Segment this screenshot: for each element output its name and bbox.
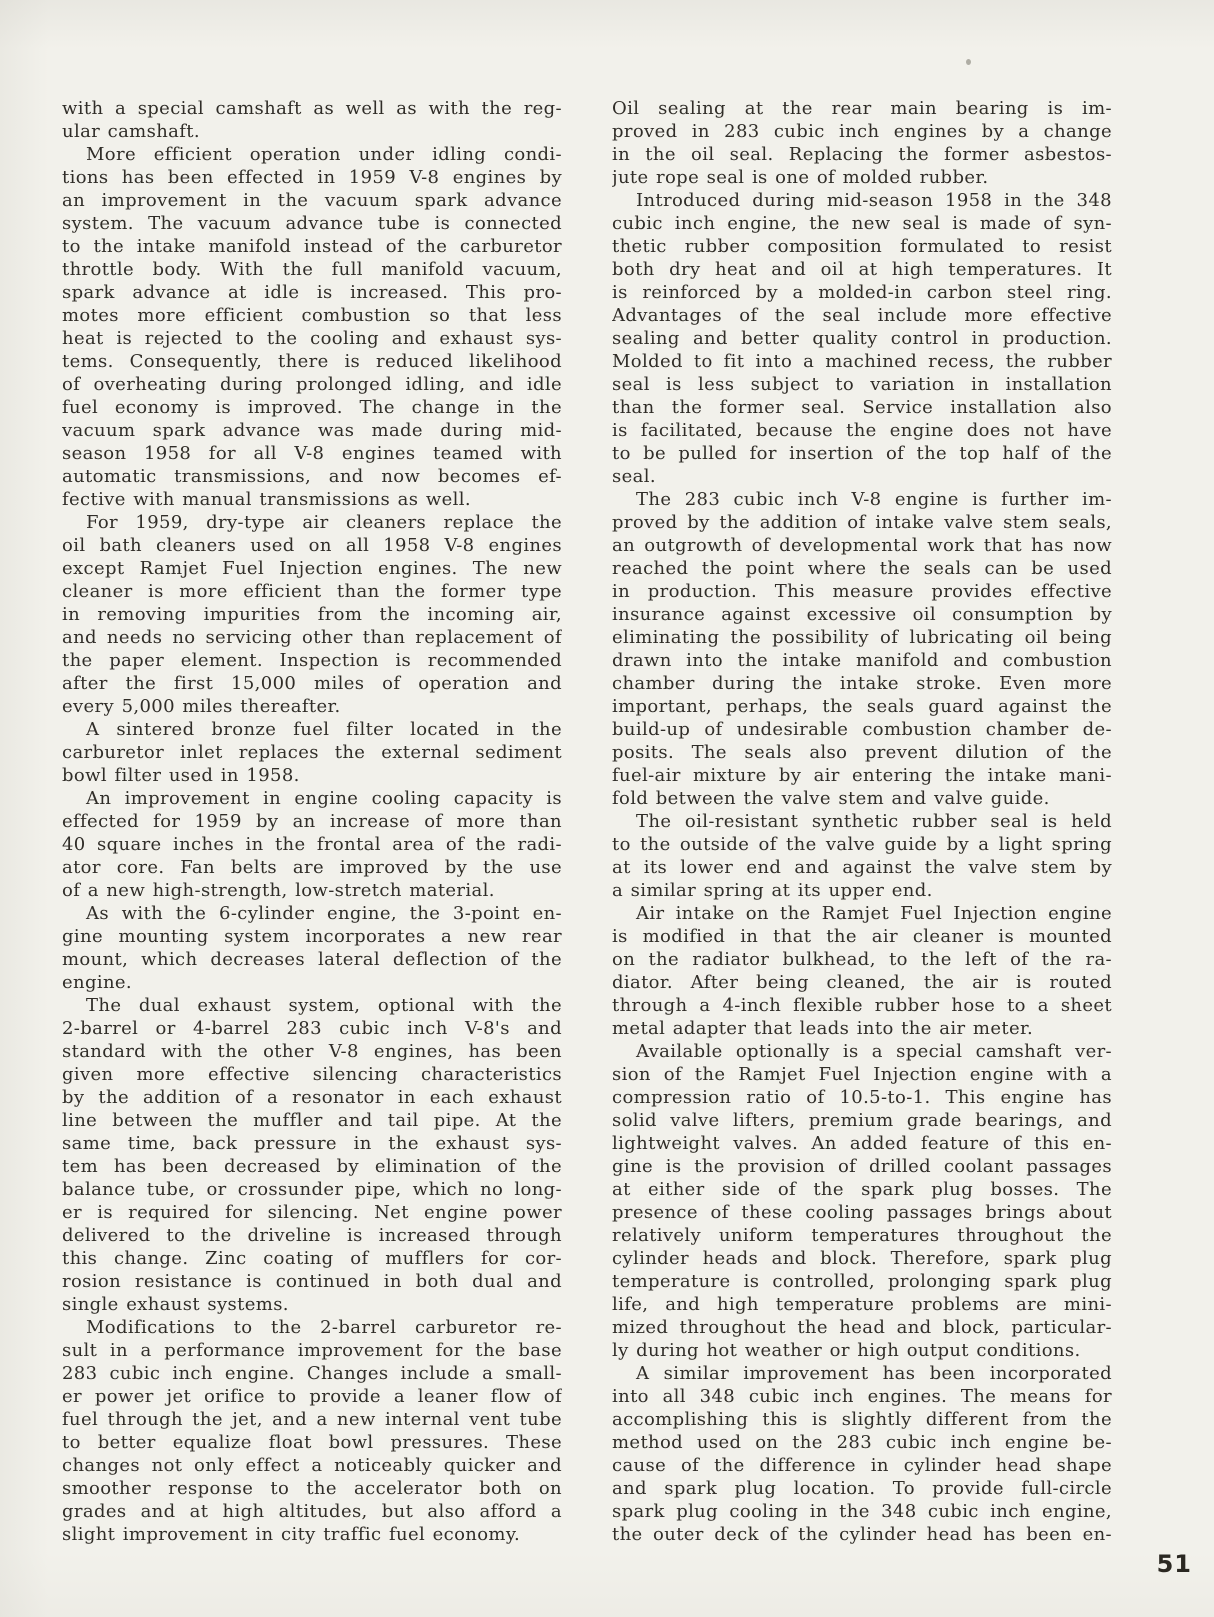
text-line: An improvement in engine cooling capacit… [62,787,562,810]
text-line: drawn into the intake manifold and combu… [612,649,1112,672]
text-line: The 283 cubic inch V-8 engine is further… [612,488,1112,511]
text-line: Introduced during mid-season 1958 in the… [612,189,1112,212]
paragraph: The dual exhaust system, optional with t… [62,994,562,1316]
text-line: single exhaust systems. [62,1293,562,1316]
text-line: ly during hot weather or high output con… [612,1339,1112,1362]
text-line: and needs no servicing other than replac… [62,626,562,649]
text-line: The oil-resistant synthetic rubber seal … [612,810,1112,833]
text-line: with a special camshaft as well as with … [62,97,562,120]
text-line: line between the muffler and tail pipe. … [62,1109,562,1132]
text-line: cylinder heads and block. Therefore, spa… [612,1247,1112,1270]
text-line: Molded to fit into a machined recess, th… [612,350,1112,373]
text-line: grades and at high altitudes, but also a… [62,1500,562,1523]
text-line: bowl filter used in 1958. [62,764,562,787]
text-line: A similar improvement has been incorpora… [612,1362,1112,1385]
text-line: vacuum spark advance was made during mid… [62,419,562,442]
paragraph: with a special camshaft as well as with … [62,97,562,143]
text-line: sult in a performance improvement for th… [62,1339,562,1362]
text-line: heat is rejected to the cooling and exha… [62,327,562,350]
text-line: Advantages of the seal include more effe… [612,304,1112,327]
text-line: carburetor inlet replaces the external s… [62,741,562,764]
text-line: balance tube, or crossunder pipe, which … [62,1178,562,1201]
text-line: method used on the 283 cubic inch engine… [612,1431,1112,1454]
text-line: changes not only effect a noticeably qui… [62,1454,562,1477]
text-line: er power jet orifice to provide a leaner… [62,1385,562,1408]
text-line: 283 cubic inch engine. Changes include a… [62,1362,562,1385]
text-line: fuel through the jet, and a new internal… [62,1408,562,1431]
text-line: mized throughout the head and block, par… [612,1316,1112,1339]
text-line: relatively uniform temperatures througho… [612,1224,1112,1247]
text-line: 2-barrel or 4-barrel 283 cubic inch V-8'… [62,1017,562,1040]
text-line: build-up of undesirable combustion chamb… [612,718,1112,741]
text-line: seal is less subject to variation in ins… [612,373,1112,396]
text-line: at either side of the spark plug bosses.… [612,1178,1112,1201]
text-line: thetic rubber composition formulated to … [612,235,1112,258]
paragraph: An improvement in engine cooling capacit… [62,787,562,902]
text-line: standard with the other V-8 engines, has… [62,1040,562,1063]
text-line: is modified in that the air cleaner is m… [612,925,1112,948]
text-line: given more effective silencing character… [62,1063,562,1086]
text-column-left: with a special camshaft as well as with … [62,97,562,1546]
text-line: fold between the valve stem and valve gu… [612,787,1112,810]
text-line: sealing and better quality control in pr… [612,327,1112,350]
text-line: Oil sealing at the rear main bearing is … [612,97,1112,120]
text-line: cause of the difference in cylinder head… [612,1454,1112,1477]
text-line: of overheating during prolonged idling, … [62,373,562,396]
text-line: in production. This measure provides eff… [612,580,1112,603]
text-line: the outer deck of the cylinder head has … [612,1523,1112,1546]
text-line: jute rope seal is one of molded rubber. [612,166,1112,189]
paragraph: As with the 6-cylinder engine, the 3-poi… [62,902,562,994]
text-line: and spark plug location. To provide full… [612,1477,1112,1500]
text-line: More efficient operation under idling co… [62,143,562,166]
text-line: an outgrowth of developmental work that … [612,534,1112,557]
text-line: Air intake on the Ramjet Fuel Injection … [612,902,1112,925]
text-line: ular camshaft. [62,120,562,143]
text-column-right: Oil sealing at the rear main bearing is … [612,97,1112,1546]
text-line: after the first 15,000 miles of operatio… [62,672,562,695]
text-line: gine mounting system incorporates a new … [62,925,562,948]
text-line: lightweight valves. An added feature of … [612,1132,1112,1155]
text-line: fective with manual transmissions as wel… [62,488,562,511]
text-line: system. The vacuum advance tube is conne… [62,212,562,235]
text-line: both dry heat and oil at high temperatur… [612,258,1112,281]
text-line: fuel-air mixture by air entering the int… [612,764,1112,787]
text-line: through a 4-inch flexible rubber hose to… [612,994,1112,1017]
text-line: tems. Consequently, there is reduced lik… [62,350,562,373]
text-line: mount, which decreases lateral deflectio… [62,948,562,971]
text-line: to be pulled for insertion of the top ha… [612,442,1112,465]
text-line: automatic transmissions, and now becomes… [62,465,562,488]
text-line: by the addition of a resonator in each e… [62,1086,562,1109]
text-line: cleaner is more efficient than the forme… [62,580,562,603]
paragraph: Oil sealing at the rear main bearing is … [612,97,1112,189]
text-line: oil bath cleaners used on all 1958 V-8 e… [62,534,562,557]
text-line: life, and high temperature problems are … [612,1293,1112,1316]
text-line: For 1959, dry-type air cleaners replace … [62,511,562,534]
paragraph: A similar improvement has been incorpora… [612,1362,1112,1546]
text-line: at its lower end and against the valve s… [612,856,1112,879]
text-line: into all 348 cubic inch engines. The mea… [612,1385,1112,1408]
text-line: an improvement in the vacuum spark advan… [62,189,562,212]
text-line: tions has been effected in 1959 V-8 engi… [62,166,562,189]
page-number: 51 [1157,1550,1192,1578]
text-line: fuel economy is improved. The change in … [62,396,562,419]
text-line: this change. Zinc coating of mufflers fo… [62,1247,562,1270]
text-line: important, perhaps, the seals guard agai… [612,695,1112,718]
text-line: temperature is controlled, prolonging sp… [612,1270,1112,1293]
text-line: in the oil seal. Replacing the former as… [612,143,1112,166]
text-line: is facilitated, because the engine does … [612,419,1112,442]
text-line: sion of the Ramjet Fuel Injection engine… [612,1063,1112,1086]
text-line: proved by the addition of intake valve s… [612,511,1112,534]
text-line: The dual exhaust system, optional with t… [62,994,562,1017]
text-line: posits. The seals also prevent dilution … [612,741,1112,764]
text-line: tem has been decreased by elimination of… [62,1155,562,1178]
text-line: than the former seal. Service installati… [612,396,1112,419]
text-line: same time, back pressure in the exhaust … [62,1132,562,1155]
scanned-page: with a special camshaft as well as with … [0,0,1214,1617]
text-line: gine is the provision of drilled coolant… [612,1155,1112,1178]
text-line: accomplishing this is slightly different… [612,1408,1112,1431]
paragraph: The oil-resistant synthetic rubber seal … [612,810,1112,902]
text-line: is reinforced by a molded-in carbon stee… [612,281,1112,304]
text-line: on the radiator bulkhead, to the left of… [612,948,1112,971]
text-line: slight improvement in city traffic fuel … [62,1523,562,1546]
paragraph: Air intake on the Ramjet Fuel Injection … [612,902,1112,1040]
text-line: ator core. Fan belts are improved by the… [62,856,562,879]
text-line: rosion resistance is continued in both d… [62,1270,562,1293]
text-line: spark plug cooling in the 348 cubic inch… [612,1500,1112,1523]
text-line: to the outside of the valve guide by a l… [612,833,1112,856]
text-line: insurance against excessive oil consumpt… [612,603,1112,626]
text-line: the paper element. Inspection is recomme… [62,649,562,672]
paragraph: More efficient operation under idling co… [62,143,562,511]
text-line: engine. [62,971,562,994]
text-line: except Ramjet Fuel Injection engines. Th… [62,557,562,580]
text-line: motes more efficient combustion so that … [62,304,562,327]
text-line: spark advance at idle is increased. This… [62,281,562,304]
text-line: chamber during the intake stroke. Even m… [612,672,1112,695]
text-line: er is required for silencing. Net engine… [62,1201,562,1224]
text-line: Modifications to the 2-barrel carburetor… [62,1316,562,1339]
paragraph: Introduced during mid-season 1958 in the… [612,189,1112,488]
text-line: a similar spring at its upper end. [612,879,1112,902]
text-line: throttle body. With the full manifold va… [62,258,562,281]
text-line: eliminating the possibility of lubricati… [612,626,1112,649]
text-line: delivered to the driveline is increased … [62,1224,562,1247]
text-line: every 5,000 miles thereafter. [62,695,562,718]
text-line: in removing impurities from the incoming… [62,603,562,626]
paragraph: Available optionally is a special camsha… [612,1040,1112,1362]
text-line: smoother response to the accelerator bot… [62,1477,562,1500]
text-line: As with the 6-cylinder engine, the 3-poi… [62,902,562,925]
paragraph: The 283 cubic inch V-8 engine is further… [612,488,1112,810]
text-line: A sintered bronze fuel filter located in… [62,718,562,741]
text-line: compression ratio of 10.5-to-1. This eng… [612,1086,1112,1109]
scan-speck-artifact [966,59,971,65]
text-line: effected for 1959 by an increase of more… [62,810,562,833]
text-line: Available optionally is a special camsha… [612,1040,1112,1063]
text-line: 40 square inches in the frontal area of … [62,833,562,856]
text-line: solid valve lifters, premium grade beari… [612,1109,1112,1132]
text-line: diator. After being cleaned, the air is … [612,971,1112,994]
text-line: proved in 283 cubic inch engines by a ch… [612,120,1112,143]
text-line: cubic inch engine, the new seal is made … [612,212,1112,235]
text-line: seal. [612,465,1112,488]
text-line: presence of these cooling passages bring… [612,1201,1112,1224]
text-line: to the intake manifold instead of the ca… [62,235,562,258]
text-line: season 1958 for all V-8 engines teamed w… [62,442,562,465]
paragraph: A sintered bronze fuel filter located in… [62,718,562,787]
text-line: of a new high-strength, low-stretch mate… [62,879,562,902]
text-line: to better equalize float bowl pressures.… [62,1431,562,1454]
paragraph: Modifications to the 2-barrel carburetor… [62,1316,562,1546]
text-line: metal adapter that leads into the air me… [612,1017,1112,1040]
text-line: reached the point where the seals can be… [612,557,1112,580]
paragraph: For 1959, dry-type air cleaners replace … [62,511,562,718]
